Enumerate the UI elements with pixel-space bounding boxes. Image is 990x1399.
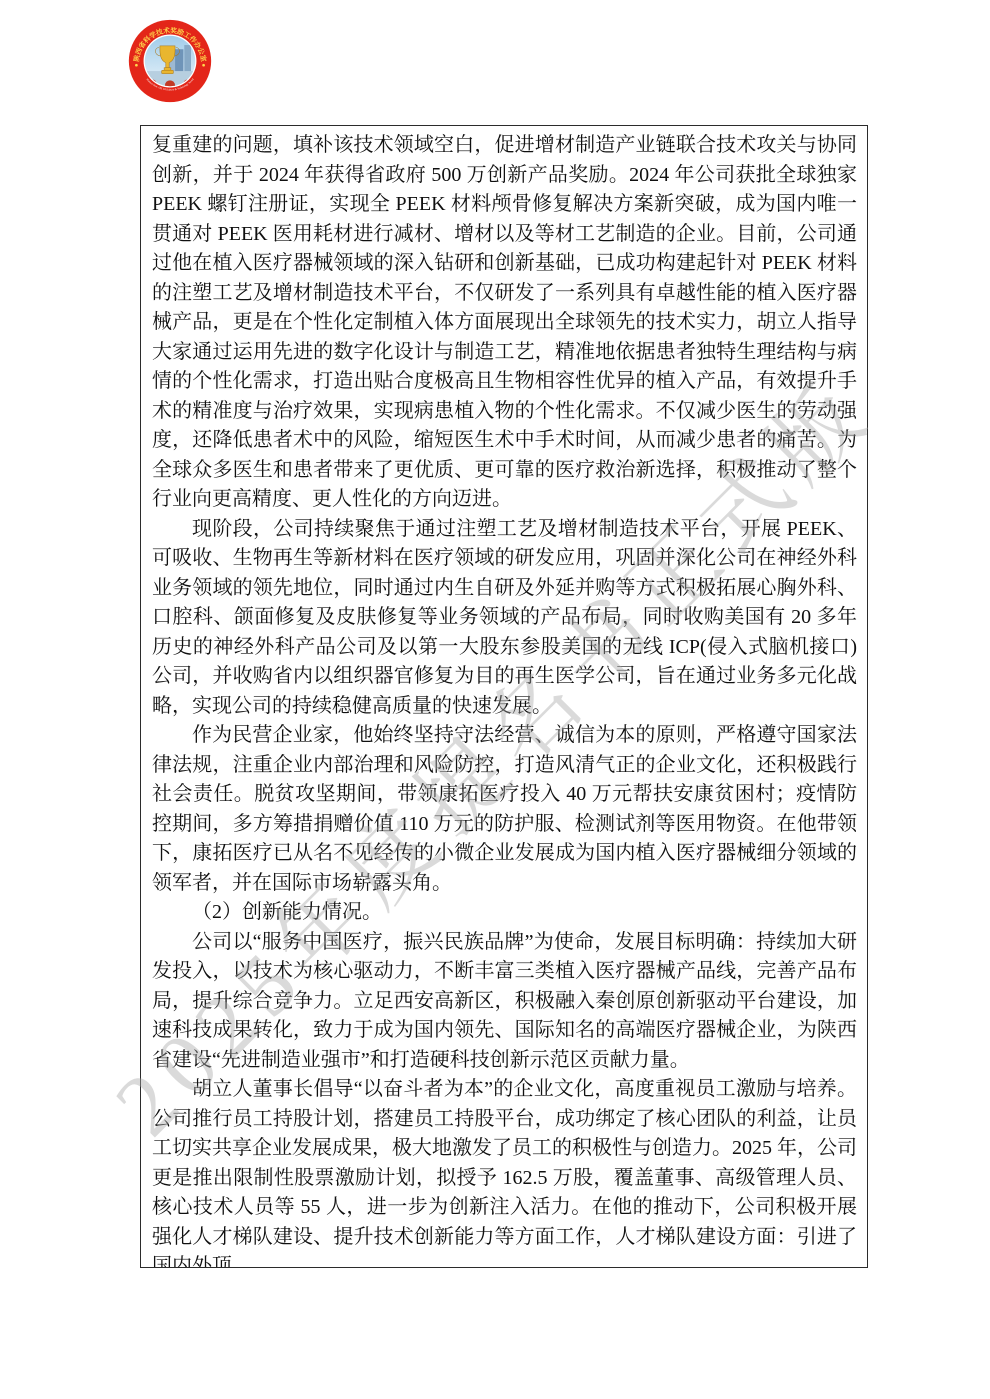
paragraphs: 复重建的问题，填补该技术领域空白，促进增材制造产业链联合技术攻关与协同创新，并于… xyxy=(152,131,857,1268)
paragraph: 复重建的问题，填补该技术领域空白，促进增材制造产业链联合技术攻关与协同创新，并于… xyxy=(152,131,857,515)
paragraph: 现阶段，公司持续聚焦于通过注塑工艺及增材制造技术平台，开展 PEEK、可吸收、生… xyxy=(152,515,857,722)
paragraph: 公司以“服务中国医疗，振兴民族品牌”为使命，发展目标明确：持续加大研发投入，以技… xyxy=(152,928,857,1076)
paragraph: （2）创新能力情况。 xyxy=(152,898,857,928)
paragraph: 作为民营企业家，他始终坚持守法经营、诚信为本的原则，严格遵守国家法律法规，注重企… xyxy=(152,721,857,898)
document-page: 陕西省科学技术奖励工作办公室 Shaanxi Prov. Off. Of Sci… xyxy=(0,0,990,1399)
award-office-seal-logo: 陕西省科学技术奖励工作办公室 Shaanxi Prov. Off. Of Sci… xyxy=(128,19,212,103)
seal-right-star xyxy=(202,64,205,67)
seal-left-star xyxy=(135,64,138,67)
document-content-box: 复重建的问题，填补该技术领域空白，促进增材制造产业链联合技术攻关与协同创新，并于… xyxy=(140,125,868,1268)
paragraph: 胡立人董事长倡导“以奋斗者为本”的企业文化，高度重视员工激励与培养。公司推行员工… xyxy=(152,1075,857,1268)
